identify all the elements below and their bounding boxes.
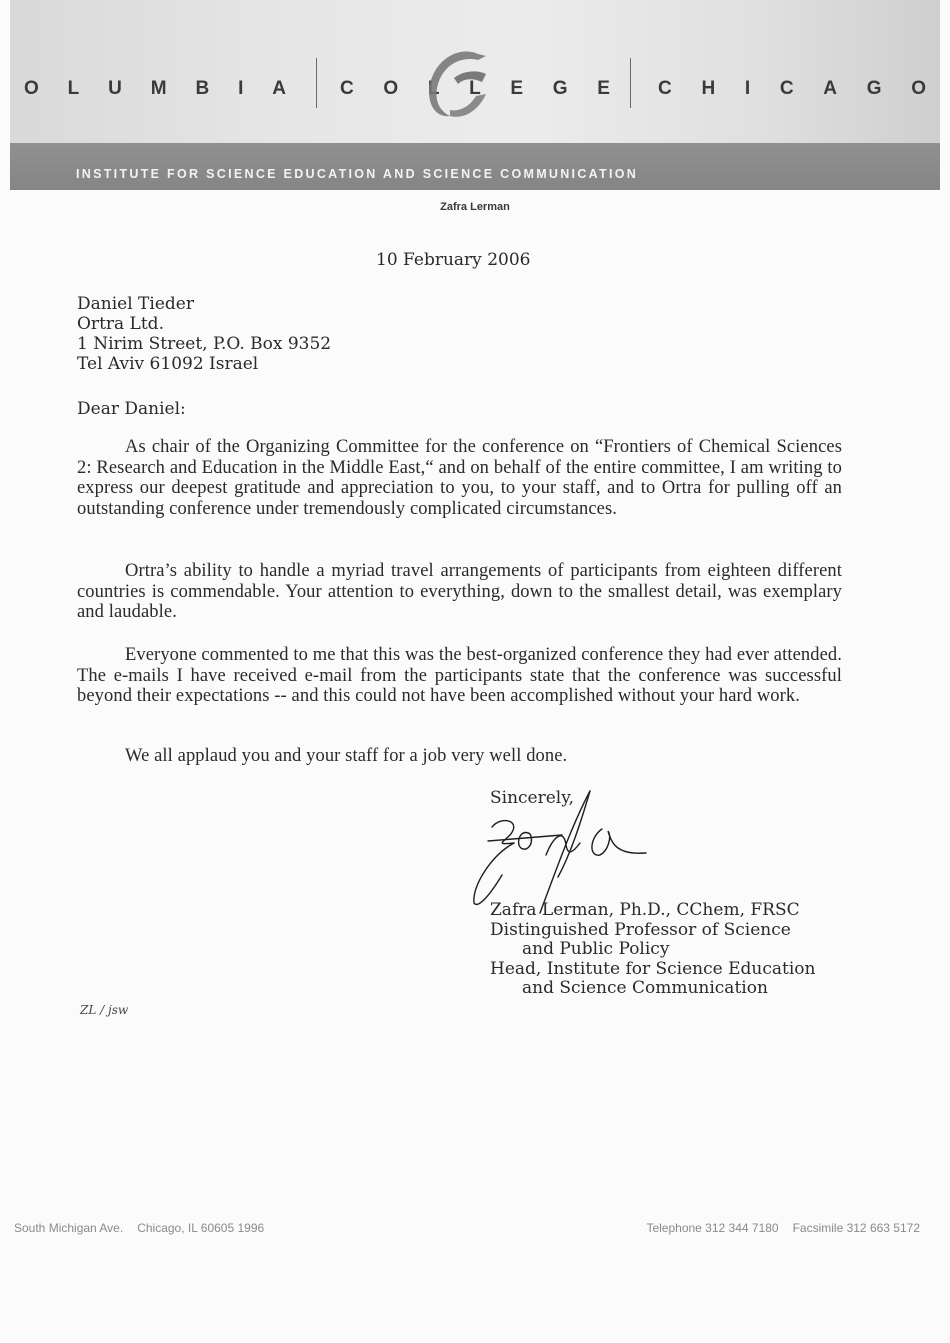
salutation: Dear Daniel: — [77, 399, 186, 419]
wordmark-divider — [316, 58, 317, 108]
footer-facsimile: Facsimile 312 663 5172 — [793, 1221, 920, 1235]
footer-street: South Michigan Ave. — [14, 1221, 123, 1235]
footer-telephone: Telephone 312 344 7180 — [646, 1221, 778, 1235]
wordmark-chicago: C H I C A G O — [658, 78, 926, 100]
body-paragraph: Ortra’s ability to handle a myriad trave… — [77, 561, 842, 623]
recipient-line: Daniel Tieder — [77, 294, 331, 314]
recipient-line: Tel Aviv 61092 Israel — [77, 354, 331, 374]
footer-city: Chicago, IL 60605 1996 — [137, 1221, 264, 1235]
signature-block: Zafra Lerman, Ph.D., CChem, FRSC Disting… — [490, 901, 815, 999]
sender-name: Zafra Lerman — [0, 201, 950, 213]
signer-title: Distinguished Professor of Science — [490, 921, 815, 941]
typist-initials: ZL / jsw — [80, 1003, 128, 1017]
signer-title: and Public Policy — [490, 940, 815, 960]
institute-banner-text: INSTITUTE FOR SCIENCE EDUCATION AND SCIE… — [76, 167, 638, 181]
wordmark-columbia: O L U M B I A — [24, 78, 286, 100]
signature-icon — [462, 785, 652, 915]
signer-title: Head, Institute for Science Education — [490, 960, 815, 980]
letterhead: O L U M B I A C O L L E G E C H I C A G … — [10, 0, 940, 190]
institute-banner: INSTITUTE FOR SCIENCE EDUCATION AND SCIE… — [10, 143, 940, 190]
signer-title: and Science Communication — [490, 979, 815, 999]
footer-address: South Michigan Ave.Chicago, IL 60605 199… — [14, 1221, 264, 1235]
body-paragraph: Everyone commented to me that this was t… — [77, 645, 842, 707]
letter-date: 10 February 2006 — [376, 250, 530, 270]
signer-name: Zafra Lerman, Ph.D., CChem, FRSC — [490, 901, 815, 921]
recipient-line: 1 Nirim Street, P.O. Box 9352 — [77, 334, 331, 354]
recipient-line: Ortra Ltd. — [77, 314, 331, 334]
footer-contact: Telephone 312 344 7180Facsimile 312 663 … — [646, 1221, 920, 1235]
body-paragraph: We all applaud you and your staff for a … — [77, 746, 842, 767]
college-logo-icon — [420, 48, 500, 120]
recipient-address: Daniel Tieder Ortra Ltd. 1 Nirim Street,… — [77, 294, 331, 374]
wordmark-divider — [630, 58, 631, 108]
body-paragraph: As chair of the Organizing Committee for… — [77, 437, 842, 519]
